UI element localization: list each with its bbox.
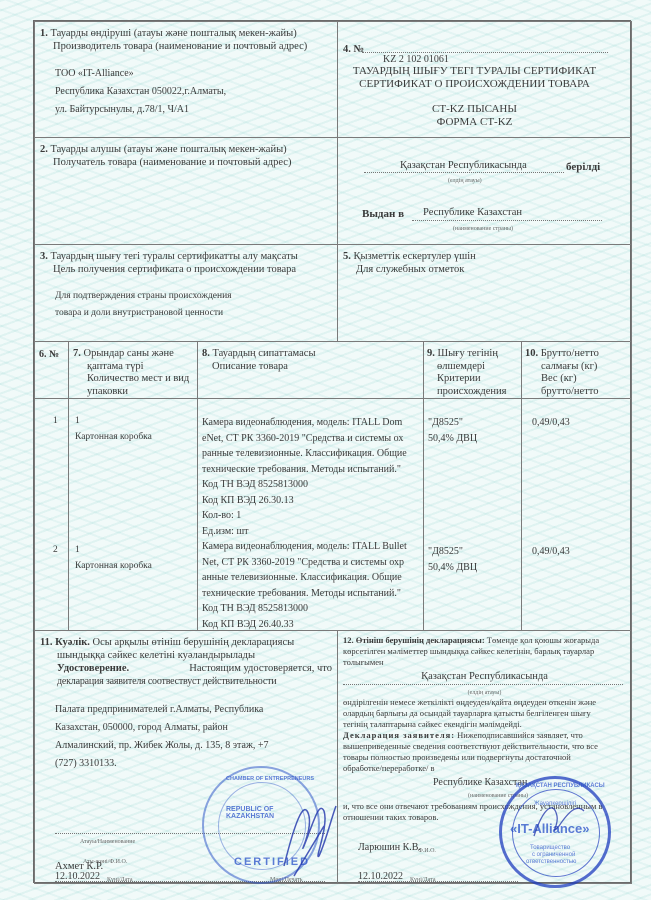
goods-table: 6. № 7. Орындар саны және қаптама түрі К… bbox=[34, 341, 632, 631]
label-kz: Тауардың шығу тегі туралы сертификатты а… bbox=[51, 251, 298, 262]
chamber-address-4: (727) 3310133. bbox=[55, 757, 117, 770]
row-description: Камера видеонаблюдения, модель: ITALL Do… bbox=[202, 415, 407, 539]
issued-country-kz: Қазақстан Республикасында bbox=[400, 159, 527, 172]
issued-in-box: Қазақстан Республикасында берілді (елдің… bbox=[337, 137, 632, 245]
label-kz: Қызметтік ескертулер үшін bbox=[354, 251, 476, 262]
title-ru: СЕРТИФИКАТ О ПРОИСХОЖДЕНИИ ТОВАРА bbox=[338, 78, 611, 91]
row-criteria: "Д8525" 50,4% ДВЦ bbox=[428, 544, 477, 575]
box-number: 1. bbox=[40, 28, 48, 39]
date-hint: Күні/Дата bbox=[410, 874, 436, 887]
row-number: 1 bbox=[53, 415, 58, 428]
box-5-official-notes: 5. Қызметтік ескертулер үшін Для служебн… bbox=[337, 244, 632, 342]
certificate-form: 1. Тауарды өндіруші (атауы және пошталық… bbox=[33, 20, 631, 883]
issued-suffix-kz: берілді bbox=[566, 161, 600, 174]
box-12-kz-4: өндірілгенін немесе жеткілікті өңдеуден/… bbox=[343, 697, 596, 708]
header-criteria: 9. Шығу тегінің өлшемдері Критерии проис… bbox=[427, 348, 506, 398]
applicant-signer-name: Ларюшин К.В. bbox=[358, 841, 421, 854]
row-quantity: 1 bbox=[75, 415, 80, 428]
label-ru: Получатель товара (наименование и почтов… bbox=[53, 156, 291, 169]
box-number: 4. № bbox=[343, 43, 364, 56]
row-criteria: "Д8525" 50,4% ДВЦ bbox=[428, 415, 477, 446]
chamber-address-3: Алмалинский, пр. Жибек Жолы, д. 135, 8 э… bbox=[55, 739, 269, 752]
box-1-manufacturer: 1. Тауарды өндіруші (атауы және пошталық… bbox=[34, 21, 338, 138]
row-description: Камера видеонаблюдения, модель: ITALL Bu… bbox=[202, 539, 407, 632]
box-11-ru-2: декларация заявителя соотвествуст действ… bbox=[57, 675, 276, 688]
issued-prefix-ru: Выдан в bbox=[362, 208, 404, 221]
box-12-kz-3: толығымен bbox=[343, 657, 384, 668]
chamber-address-2: Казахстан, 050000, город Алматы, район bbox=[55, 721, 228, 734]
applicant-signature bbox=[529, 796, 589, 846]
box-11-ru: Удостоверение.Настоящим удостоверяется, … bbox=[57, 662, 332, 675]
box-number: 5. bbox=[343, 251, 351, 262]
box-1-label: 1. Тауарды өндіруші (атауы және пошталық… bbox=[40, 27, 297, 40]
box-4-certificate-number: 4. № KZ 2 102 01061 ТАУАРДЫҢ ШЫҒУ ТЕГІ Т… bbox=[337, 21, 632, 138]
box-12-kz-6: тегінің талаптарына сәйкес екендігін мәл… bbox=[343, 719, 522, 730]
form-ru: ФОРМА СТ-KZ bbox=[338, 116, 611, 129]
label-kz: Тауарды өндіруші (атауы және пошталық ме… bbox=[51, 28, 297, 39]
country-hint-ru: (наименование страны) bbox=[453, 223, 513, 236]
box-12-ru-4: обработке/переработке/ в bbox=[343, 763, 435, 774]
box-12-kz: 12. Өтініш берушінің декларациясы: Төмен… bbox=[343, 635, 599, 646]
declaration-country-kz: Қазақстан Республикасында bbox=[338, 670, 631, 683]
fio-hint: Ф.И.О. bbox=[418, 845, 436, 858]
declaration-country-ru: Республике Казахстан bbox=[433, 776, 527, 789]
row-weight: 0,49/0,43 bbox=[532, 415, 570, 431]
manufacturer-name: ТОО «IT-Alliance» bbox=[55, 67, 134, 80]
row-packaging: Картонная коробка bbox=[75, 560, 152, 573]
box-12-ru-6: отношении таких товаров. bbox=[343, 812, 439, 823]
chamber-date: 12.10.2022 bbox=[55, 870, 100, 883]
country-hint-kz: (елдің атауы) bbox=[448, 175, 482, 188]
issued-country-ru: Республике Казахстан bbox=[423, 206, 522, 219]
box-12-kz-5: олардың барлығы да осындай тауарларға қа… bbox=[343, 708, 591, 719]
manufacturer-address-1: Республика Казахстан 050022,г.Алматы, bbox=[55, 85, 226, 98]
header-description: 8. Тауардың сипаттамасы Описание товара bbox=[202, 348, 316, 373]
label-kz: Тауарды алушы (атауы және пошталық мекен… bbox=[51, 144, 287, 155]
chamber-address-1: Палата предпринимателей г.Алматы, Респуб… bbox=[55, 703, 263, 716]
purpose-line-1: Для подтверждения страны происхождения bbox=[55, 290, 232, 303]
title-kz: ТАУАРДЫҢ ШЫҒУ ТЕГІ ТУРАЛЫ СЕРТИФИКАТ bbox=[338, 65, 611, 78]
box-11-kz: 11. Куәлік. Осы арқылы өтініш берушінің … bbox=[40, 636, 294, 649]
certificate-title: ТАУАРДЫҢ ШЫҒУ ТЕГІ ТУРАЛЫ СЕРТИФИКАТ СЕР… bbox=[338, 65, 611, 129]
label-ru: Производитель товара (наименование и поч… bbox=[53, 40, 307, 53]
box-12-ru-2: вышеприведенные сведения соответствуют д… bbox=[343, 741, 598, 752]
chamber-signature bbox=[274, 786, 344, 886]
box-number: 3. bbox=[40, 251, 48, 262]
row-packaging: Картонная коробка bbox=[75, 431, 152, 444]
header-weight: 10. Брутто/нетто салмағы (кг) Вес (кг) б… bbox=[525, 348, 599, 398]
box-2-recipient: 2. Тауарды алушы (атауы және пошталық ме… bbox=[34, 137, 338, 245]
header-no: 6. № bbox=[39, 348, 59, 361]
label-ru: Цель получения сертификата о происхожден… bbox=[53, 263, 296, 276]
box-12-kz-2: көрсетілген мәліметтер шындыққа сәйкес к… bbox=[343, 646, 594, 657]
box-number: 2. bbox=[40, 144, 48, 155]
form-kz: СТ-KZ ПЫСАНЫ bbox=[338, 103, 611, 116]
label-ru: Для служебных отметок bbox=[356, 263, 464, 276]
box-12-ru: Декларация заявителя: Нижеподписавшийся … bbox=[343, 730, 583, 741]
name-hint: Атауы/Наименование bbox=[80, 836, 135, 849]
row-weight: 0,49/0,43 bbox=[532, 544, 570, 560]
row-number: 2 bbox=[53, 544, 58, 557]
row-quantity: 1 bbox=[75, 544, 80, 557]
header-packages: 7. Орындар саны және қаптама түрі Количе… bbox=[73, 348, 189, 398]
date-hint: Күні/Дата bbox=[107, 874, 133, 887]
manufacturer-address-2: ул. Байтурсынулы, д.78/1, Ч/А1 bbox=[55, 103, 189, 116]
applicant-date: 12.10.2022 bbox=[358, 870, 403, 883]
purpose-line-2: товара и доли внутристрановой ценности bbox=[55, 307, 223, 320]
box-11-kz-2: шындыққа сәйкес келетіні куәландырылады bbox=[57, 649, 255, 662]
box-12-ru-3: товары полностью произведены или подверг… bbox=[343, 752, 571, 763]
box-3-purpose: 3. Тауардың шығу тегі туралы сертификатт… bbox=[34, 244, 338, 342]
